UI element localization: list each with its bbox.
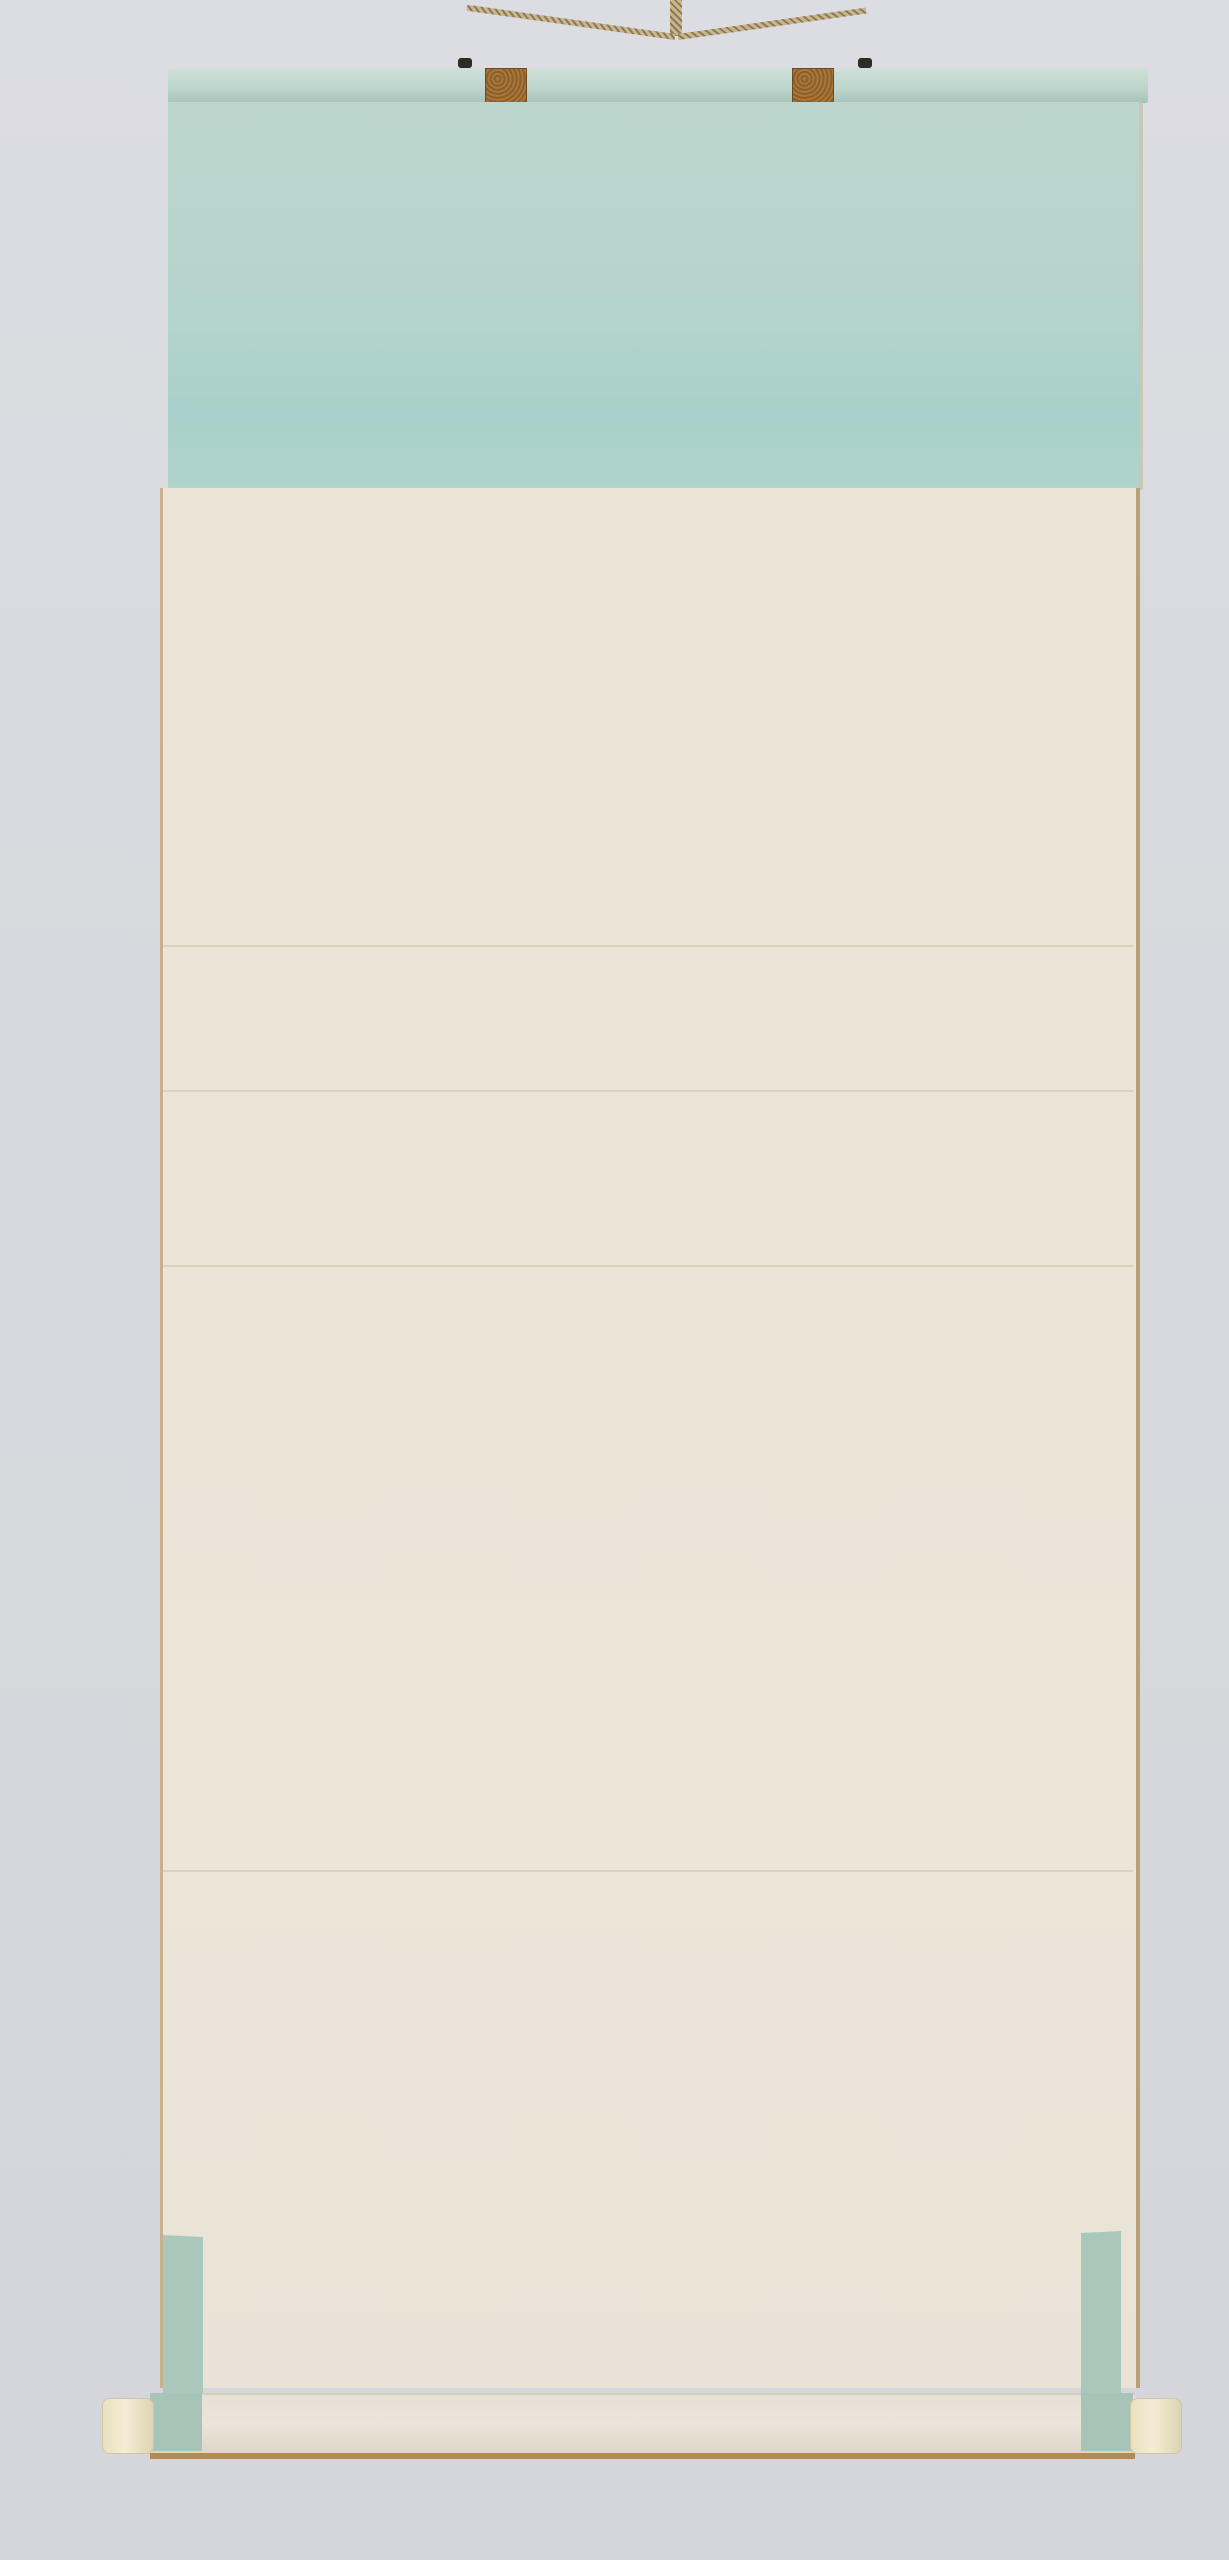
fold-line	[160, 1265, 1133, 1267]
roller-tape-left	[150, 2393, 202, 2451]
roller-tape-right	[1081, 2393, 1133, 2451]
lower-tape-right	[1081, 2231, 1121, 2397]
scroll-photo	[0, 0, 1229, 2560]
bottom-roller	[150, 2393, 1135, 2459]
hanging-cord	[670, 0, 682, 36]
fold-line	[160, 945, 1133, 947]
hanging-cord-right	[678, 8, 867, 40]
fold-line	[160, 1090, 1133, 1092]
hanging-cord-left	[467, 5, 676, 40]
top-rod	[168, 68, 1148, 102]
scroll-paper-body	[160, 488, 1140, 2388]
hanger-ring-left	[458, 58, 472, 68]
upper-mounting-silk	[168, 102, 1143, 490]
roller-knob-right	[1130, 2398, 1182, 2454]
hanger-ring-right	[858, 58, 872, 68]
fold-line	[160, 1870, 1133, 1872]
lower-tape-left	[163, 2235, 203, 2397]
hanger-tab-left	[485, 68, 527, 104]
hanger-tab-right	[792, 68, 834, 104]
roller-knob-left	[102, 2398, 154, 2454]
